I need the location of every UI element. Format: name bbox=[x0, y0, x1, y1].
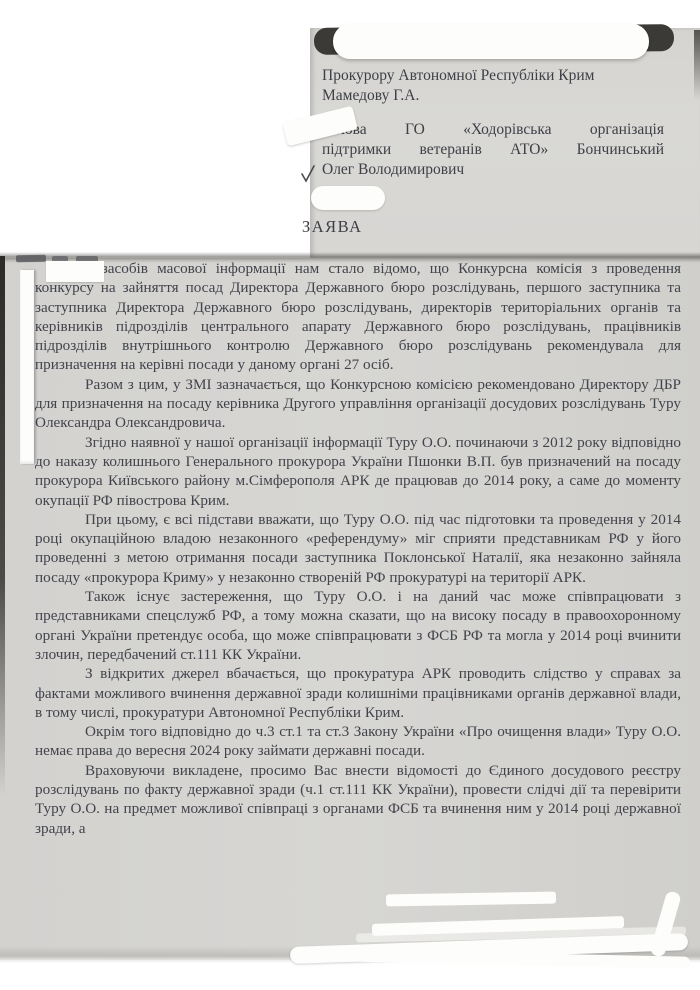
address-block: Прокурору Автономної Республіки Крим Мам… bbox=[322, 66, 664, 180]
paragraph: Також існує застереження, що Туру О.О. і… bbox=[35, 587, 681, 664]
paragraph: З засобів масової інформації нам стало в… bbox=[35, 259, 681, 375]
redaction-indent-box bbox=[46, 261, 104, 282]
paragraph: Враховуючи викладене, просимо Вас внести… bbox=[35, 761, 681, 838]
recipient-line: Прокурору Автономної Республіки Крим bbox=[322, 66, 664, 86]
paragraph: Згідно наявної у нашої організації інфор… bbox=[35, 433, 681, 510]
paragraph: Разом з цим, у ЗМІ зазначається, що Конк… bbox=[35, 375, 681, 433]
scan-left-edge bbox=[0, 256, 5, 796]
paragraph: З відкритих джерел вбачається, що прокур… bbox=[35, 664, 681, 722]
redaction-left-strip bbox=[20, 270, 34, 464]
document-title: ЗАЯВА bbox=[302, 217, 363, 237]
document-body: З засобів масової інформації нам стало в… bbox=[35, 259, 681, 838]
paragraph: При цьому, є всі підстави вважати, що Ту… bbox=[35, 510, 681, 587]
paragraph: Окрім того відповідно до ч.3 ст.1 та ст.… bbox=[35, 722, 681, 761]
spacer bbox=[322, 106, 664, 120]
recipient-line: Мамедову Г.А. bbox=[322, 86, 664, 106]
scan-corner-streak bbox=[694, 30, 700, 100]
redaction-top-pill bbox=[333, 24, 649, 59]
sender-line: Голова ГО «Ходорівська організація bbox=[322, 120, 664, 140]
redaction-mid-pill bbox=[311, 186, 385, 210]
sender-line: підтримки ветеранів АТО» Бончинський bbox=[322, 140, 664, 160]
sender-line: Олег Володимирович bbox=[322, 160, 664, 180]
handwritten-check-mark bbox=[300, 164, 316, 184]
